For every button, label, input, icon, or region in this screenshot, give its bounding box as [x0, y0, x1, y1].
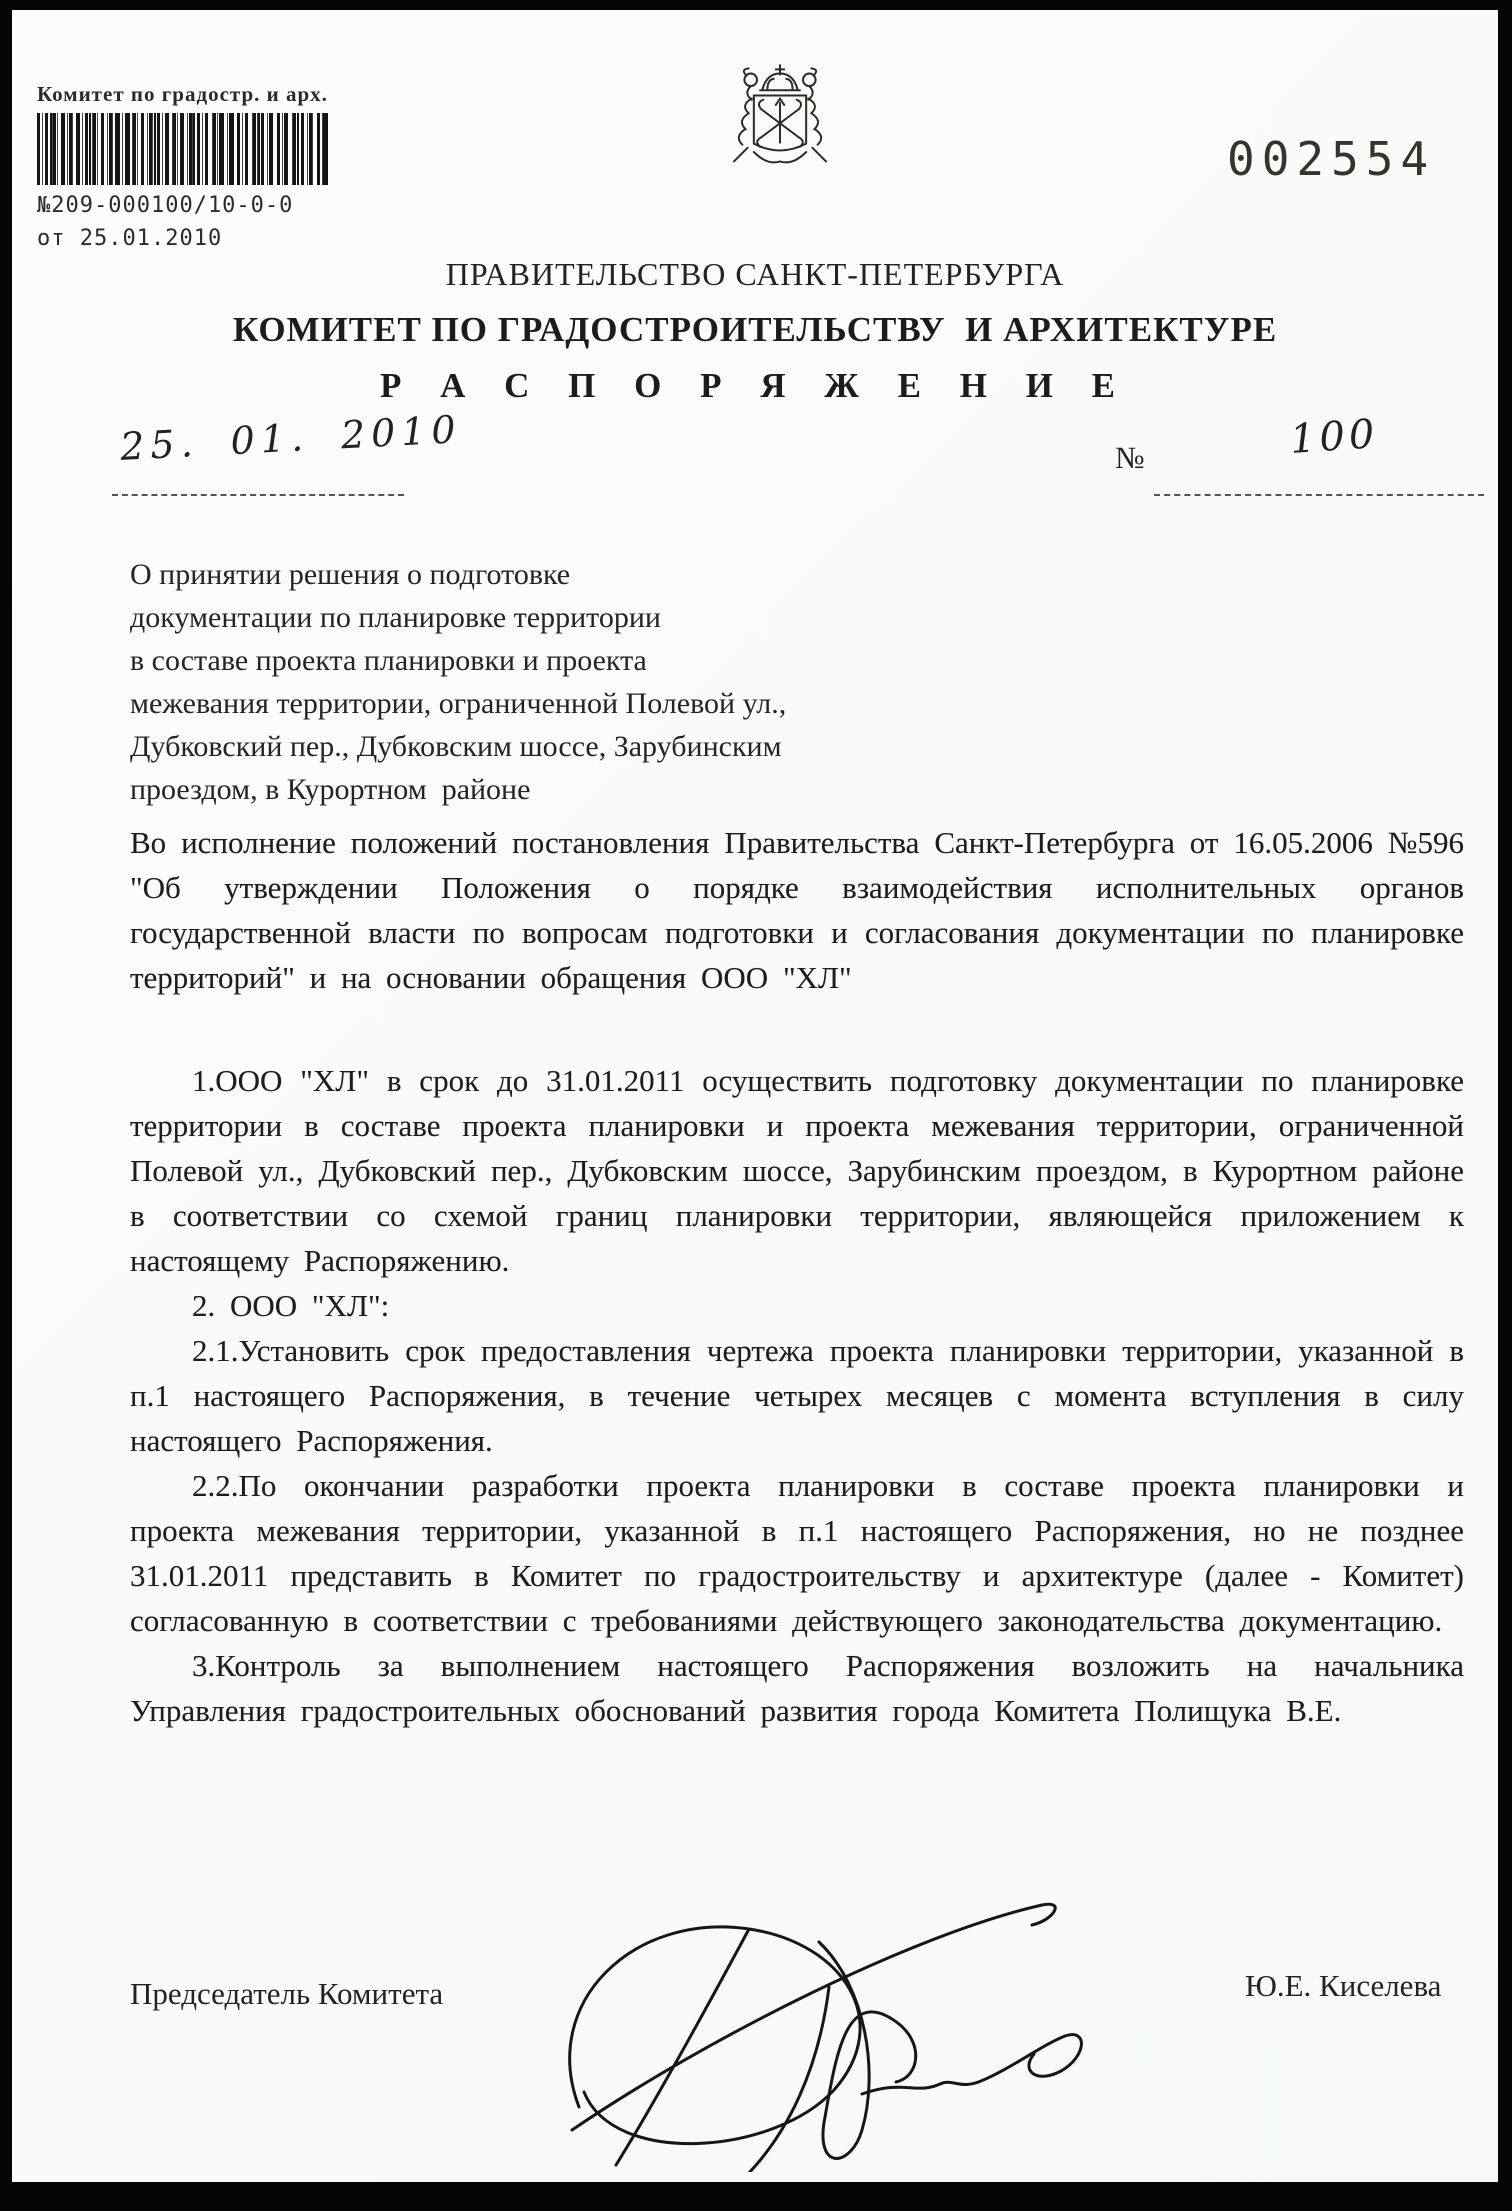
date-underline [112, 494, 404, 496]
document-header: ПРАВИТЕЛЬСТВО САНКТ-ПЕТЕРБУРГА КОМИТЕТ П… [12, 256, 1498, 406]
signature-icon [484, 1872, 1134, 2177]
registration-stamp-number: №209-000100/10-0-0 [37, 193, 347, 218]
subject-line: О принятии решения о подготовке [130, 553, 786, 596]
paragraph-item-2: 2. ООО "ХЛ": [130, 1283, 1464, 1328]
number-underline [1154, 494, 1484, 496]
barcode-icon [37, 113, 329, 185]
subject-line: проездом, в Курортном районе [130, 768, 786, 811]
government-title: ПРАВИТЕЛЬСТВО САНКТ-ПЕТЕРБУРГА [12, 256, 1498, 293]
subject-block: О принятии решения о подготовке документ… [130, 553, 786, 811]
subject-line: межевания территории, ограниченной Полев… [130, 682, 786, 725]
paragraph-item-1: 1.ООО "ХЛ" в срок до 31.01.2011 осуществ… [130, 1058, 1464, 1283]
subject-line: документации по планировке территории [130, 596, 786, 639]
handwritten-date: 25. 01. 2010 [119, 407, 463, 469]
registration-stamp: Комитет по градостр. и арх. №209-000100/… [37, 82, 347, 251]
registration-stamp-date: от 25.01.2010 [37, 226, 347, 251]
paragraph-item-2-1: 2.1.Установить срок предоставления черте… [130, 1328, 1464, 1463]
paragraph-item-3: 3.Контроль за выполнением настоящего Рас… [130, 1643, 1464, 1733]
number-sign-label: № [1115, 440, 1145, 476]
coat-of-arms-icon [712, 58, 848, 205]
handwritten-number: 100 [1289, 411, 1380, 463]
paragraph-preamble: Во исполнение положений постановления Пр… [130, 820, 1464, 1000]
document-page: Комитет по градостр. и арх. №209-000100/… [12, 10, 1498, 2182]
paragraph-item-2-2: 2.2.По окончании разработки проекта план… [130, 1463, 1464, 1643]
subject-line: Дубковский пер., Дубковским шоссе, Заруб… [130, 725, 786, 768]
committee-title: КОМИТЕТ ПО ГРАДОСТРОИТЕЛЬСТВУ И АРХИТЕКТ… [12, 310, 1498, 350]
registration-stamp-department: Комитет по градостр. и арх. [37, 82, 347, 107]
document-type-title: Р А С П О Р Я Ж Е Н И Е [12, 366, 1498, 406]
signatory-name: Ю.Е. Киселева [1245, 1968, 1441, 2004]
document-stamp-number: 002554 [1227, 132, 1435, 186]
document-body: Во исполнение положений постановления Пр… [130, 820, 1464, 1733]
subject-line: в составе проекта планировки и проекта [130, 639, 786, 682]
signatory-title: Председатель Комитета [130, 1976, 443, 2012]
